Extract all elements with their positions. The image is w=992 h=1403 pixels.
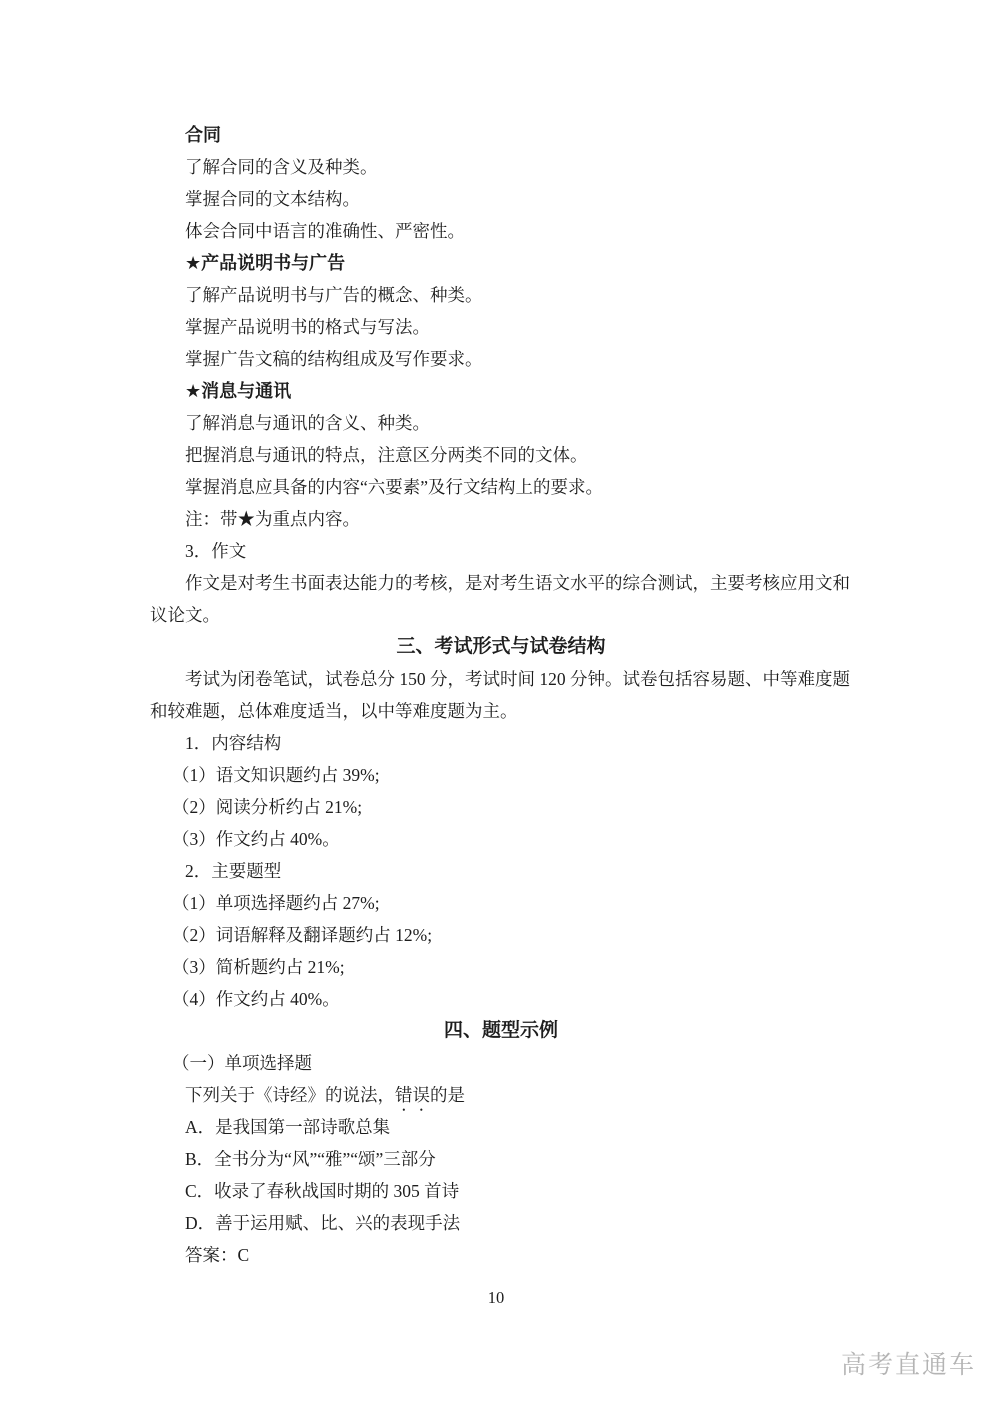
question-emphasized-word: 错误 <box>395 1085 430 1105</box>
document-body: 合同 了解合同的含义及种类。 掌握合同的文本结构。 体会合同中语言的准确性、严密… <box>150 119 852 1271</box>
essay-paragraph-line: 作文是对考生书面表达能力的考核，是对考生语文水平的综合测试，主要考核应用文和 <box>150 567 852 599</box>
requirement-line: 掌握产品说明书的格式与写法。 <box>150 311 852 343</box>
question-suffix: 的是 <box>430 1085 465 1105</box>
subsection-heading-contract: 合同 <box>150 119 852 151</box>
subsection-heading-news: ★消息与通讯 <box>150 375 852 407</box>
requirement-line: 掌握合同的文本结构。 <box>150 183 852 215</box>
requirement-line: 体会合同中语言的准确性、严密性。 <box>150 215 852 247</box>
requirement-line: 掌握广告文稿的结构组成及写作要求。 <box>150 343 852 375</box>
list-item: （1）语文知识题约占 39%; <box>150 759 852 791</box>
essay-heading: 3．作文 <box>150 535 852 567</box>
subsection-heading-product-manual-ad: ★产品说明书与广告 <box>150 247 852 279</box>
list-item: （4）作文约占 40%。 <box>150 983 852 1015</box>
essay-paragraph-line: 议论文。 <box>150 599 852 631</box>
document-page: 合同 了解合同的含义及种类。 掌握合同的文本结构。 体会合同中语言的准确性、严密… <box>0 0 992 1403</box>
requirement-line: 了解产品说明书与广告的概念、种类。 <box>150 279 852 311</box>
section-heading-examples: 四、题型示例 <box>150 1015 852 1047</box>
watermark: 高考直通车 <box>841 1345 976 1381</box>
note-line: 注：带★为重点内容。 <box>150 503 852 535</box>
list-item: （3）作文约占 40%。 <box>150 823 852 855</box>
list-item: （2）词语解释及翻译题约占 12%; <box>150 919 852 951</box>
exam-intro-line: 考试为闭卷笔试，试卷总分 150 分，考试时间 120 分钟。试卷包括容易题、中… <box>150 663 852 695</box>
requirement-line: 了解消息与通讯的含义、种类。 <box>150 407 852 439</box>
requirement-line: 掌握消息应具备的内容“六要素”及行文结构上的要求。 <box>150 471 852 503</box>
requirement-line: 把握消息与通讯的特点，注意区分两类不同的文体。 <box>150 439 852 471</box>
option-d: D．善于运用赋、比、兴的表现手法 <box>150 1207 852 1239</box>
question-stem: 下列关于《诗经》的说法，错误的是 <box>150 1079 852 1111</box>
example-subheading: （一）单项选择题 <box>150 1047 852 1079</box>
list-item: （3）简析题约占 21%; <box>150 951 852 983</box>
answer-line: 答案：C <box>150 1239 852 1271</box>
requirement-line: 了解合同的含义及种类。 <box>150 151 852 183</box>
list-heading-question-types: 2．主要题型 <box>150 855 852 887</box>
page-number: 10 <box>0 1286 992 1310</box>
list-item: （2）阅读分析约占 21%; <box>150 791 852 823</box>
exam-intro-line: 和较难题，总体难度适当，以中等难度题为主。 <box>150 695 852 727</box>
section-heading-exam-format: 三、考试形式与试卷结构 <box>150 631 852 663</box>
question-prefix: 下列关于《诗经》的说法， <box>185 1085 395 1105</box>
option-a: A．是我国第一部诗歌总集 <box>150 1111 852 1143</box>
list-heading-content-structure: 1．内容结构 <box>150 727 852 759</box>
option-c: C．收录了春秋战国时期的 305 首诗 <box>150 1175 852 1207</box>
list-item: （1）单项选择题约占 27%; <box>150 887 852 919</box>
option-b: B．全书分为“风”“雅”“颂”三部分 <box>150 1143 852 1175</box>
